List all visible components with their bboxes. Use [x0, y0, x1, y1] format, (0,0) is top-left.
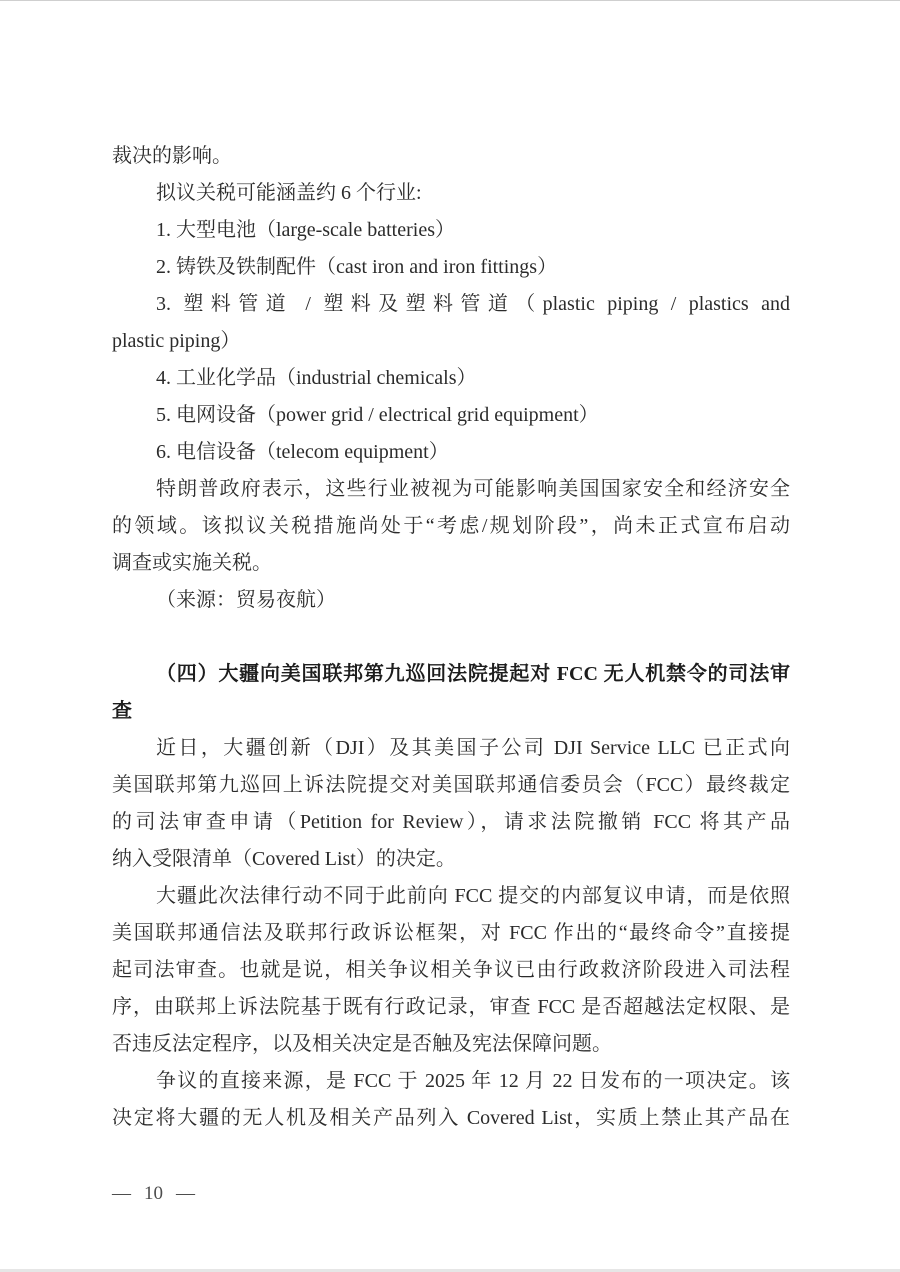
paragraph-dji-filing: 近日，大疆创新（DJI）及其美国子公司 DJI Service LLC 已正式向… — [112, 730, 790, 878]
text-line: 决定将大疆的无人机及相关产品列入 Covered List，实质上禁止其产品在 — [112, 1100, 790, 1137]
paragraph-legal-action: 大疆此次法律行动不同于此前向 FCC 提交的内部复议申请，而是依照 美国联邦通信… — [112, 878, 790, 1063]
page-number: 10 — [144, 1183, 163, 1205]
paragraph-trump-statement: 特朗普政府表示，这些行业被视为可能影响美国国家安全和经济安全 的领域。该拟议关税… — [112, 471, 790, 582]
page-footer: — 10 — — [112, 1183, 195, 1205]
text-line: 美国联邦通信法及联邦行政诉讼框架，对 FCC 作出的“最终命令”直接提 — [112, 915, 790, 952]
industry-list: 1. 大型电池（large-scale batteries） 2. 铸铁及铁制配… — [112, 212, 790, 471]
paragraph-tariff-lead: 拟议关税可能涵盖约 6 个行业: — [112, 175, 790, 212]
list-item-cast-iron: 2. 铸铁及铁制配件（cast iron and iron fittings） — [112, 249, 790, 286]
text-line: 近日，大疆创新（DJI）及其美国子公司 DJI Service LLC 已正式向 — [112, 730, 790, 767]
source-note-line: （来源：贸易夜航） — [112, 582, 790, 619]
list-item-plastic-piping: 3. 塑料管道 / 塑料及塑料管道（plastic piping / plast… — [112, 286, 790, 323]
text-line: 否违反法定程序，以及相关决定是否触及宪法保障问题。 — [112, 1026, 790, 1063]
paragraph-dispute-origin: 争议的直接来源，是 FCC 于 2025 年 12 月 22 日发布的一项决定。… — [112, 1063, 790, 1137]
text-line: 纳入受限清单（Covered List）的决定。 — [112, 841, 790, 878]
text-line: 起司法审查。也就是说，相关争议相关争议已由行政救济阶段进入司法程 — [112, 952, 790, 989]
footer-left-dash: — — [112, 1183, 131, 1205]
text-line: 的领域。该拟议关税措施尚处于“考虑/规划阶段”，尚未正式宣布启动 — [112, 508, 790, 545]
list-item-plastic-piping-wrap: plastic piping） — [112, 323, 790, 360]
list-item-industrial-chemicals: 4. 工业化学品（industrial chemicals） — [112, 360, 790, 397]
text-line: 的司法审查申请（Petition for Review），请求法院撤销 FCC … — [112, 804, 790, 841]
text-line: 美国联邦第九巡回上诉法院提交对美国联邦通信委员会（FCC）最终裁定 — [112, 767, 790, 804]
list-item-telecom: 6. 电信设备（telecom equipment） — [112, 434, 790, 471]
section-heading-line: （四）大疆向美国联邦第九巡回法院提起对 FCC 无人机禁令的司法审 — [112, 656, 790, 693]
text-line: 大疆此次法律行动不同于此前向 FCC 提交的内部复议申请，而是依照 — [112, 878, 790, 915]
list-item-power-grid: 5. 电网设备（power grid / electrical grid equ… — [112, 397, 790, 434]
text-line: 拟议关税可能涵盖约 6 个行业: — [112, 175, 790, 212]
section-heading-dji-fcc: （四）大疆向美国联邦第九巡回法院提起对 FCC 无人机禁令的司法审 查 — [112, 656, 790, 730]
paragraph-ruling-impact: 裁决的影响。 — [112, 138, 790, 175]
text-line: 序，由联邦上诉法院基于既有行政记录，审查 FCC 是否超越法定权限、是 — [112, 989, 790, 1026]
document-page: 裁决的影响。 拟议关税可能涵盖约 6 个行业: 1. 大型电池（large-sc… — [0, 0, 900, 1272]
text-line: 争议的直接来源，是 FCC 于 2025 年 12 月 22 日发布的一项决定。… — [112, 1063, 790, 1100]
scan-edge-top — [0, 0, 900, 1]
source-note: （来源：贸易夜航） — [112, 582, 790, 619]
text-line: 裁决的影响。 — [112, 138, 790, 175]
text-line: 调查或实施关税。 — [112, 545, 790, 582]
footer-right-dash: — — [176, 1183, 195, 1205]
text-line: 特朗普政府表示，这些行业被视为可能影响美国国家安全和经济安全 — [112, 471, 790, 508]
section-heading-wrap: 查 — [112, 693, 790, 730]
page-body: 裁决的影响。 拟议关税可能涵盖约 6 个行业: 1. 大型电池（large-sc… — [112, 138, 790, 1137]
list-item-batteries: 1. 大型电池（large-scale batteries） — [112, 212, 790, 249]
